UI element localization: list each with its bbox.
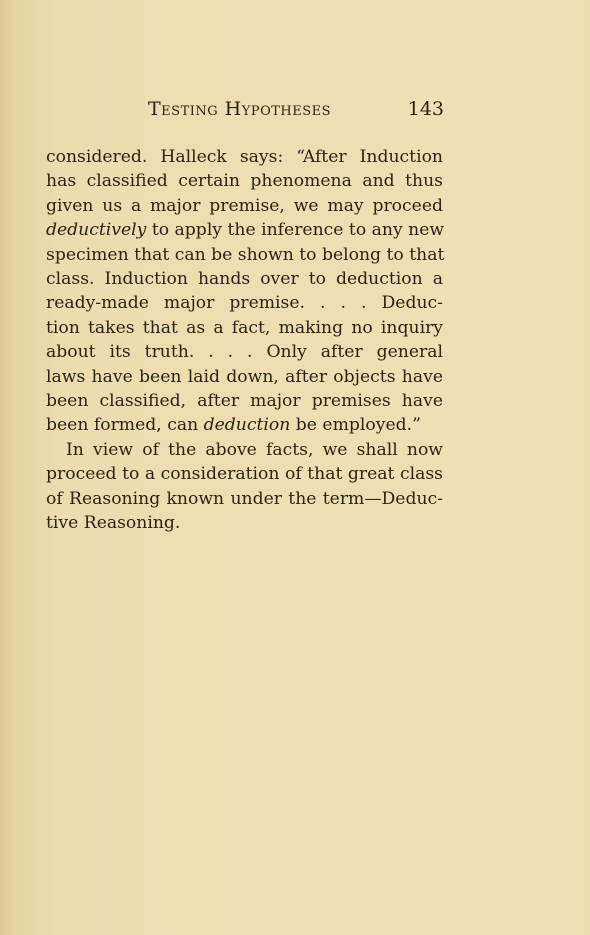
text-line: specimen that can be shown to belong to …: [46, 243, 443, 267]
text-line: given us a major premise, we may proceed: [46, 194, 443, 218]
page-header: Testing Hypotheses 143: [148, 98, 444, 128]
book-page: Testing Hypotheses 143 considered. Halle…: [0, 0, 590, 935]
text-line: ready-made major premise. . . . Deduc-: [46, 291, 443, 315]
text-line: been formed, can deduction be employed.”: [46, 413, 443, 437]
text-line: about its truth. . . . Only after genera…: [46, 340, 443, 364]
text-line: class. Induction hands over to deduction…: [46, 267, 443, 291]
running-head: Testing Hypotheses: [148, 98, 331, 120]
text-line: tive Reasoning.: [46, 511, 443, 535]
text-line: In view of the above facts, we shall now: [46, 438, 443, 462]
text-line: laws have been laid down, after objects …: [46, 365, 443, 389]
page-number: 143: [408, 98, 444, 120]
text-line: deductively to apply the inference to an…: [46, 218, 443, 242]
text-line: has classified certain phenomena and thu…: [46, 169, 443, 193]
text-line: been classified, after major premises ha…: [46, 389, 443, 413]
italic-term: deduction: [204, 415, 291, 435]
text-line: of Reasoning known under the term—Deduc-: [46, 487, 443, 511]
text-line: considered. Halleck says: “After Inducti…: [46, 145, 443, 169]
text-line: tion takes that as a fact, making no inq…: [46, 316, 443, 340]
body-text: considered. Halleck says: “After Inducti…: [46, 145, 443, 536]
italic-term: deductively: [46, 220, 146, 240]
paragraph-2: In view of the above facts, we shall now…: [46, 438, 443, 536]
text-line: proceed to a consideration of that great…: [46, 462, 443, 486]
paragraph-1: considered. Halleck says: “After Inducti…: [46, 145, 443, 438]
